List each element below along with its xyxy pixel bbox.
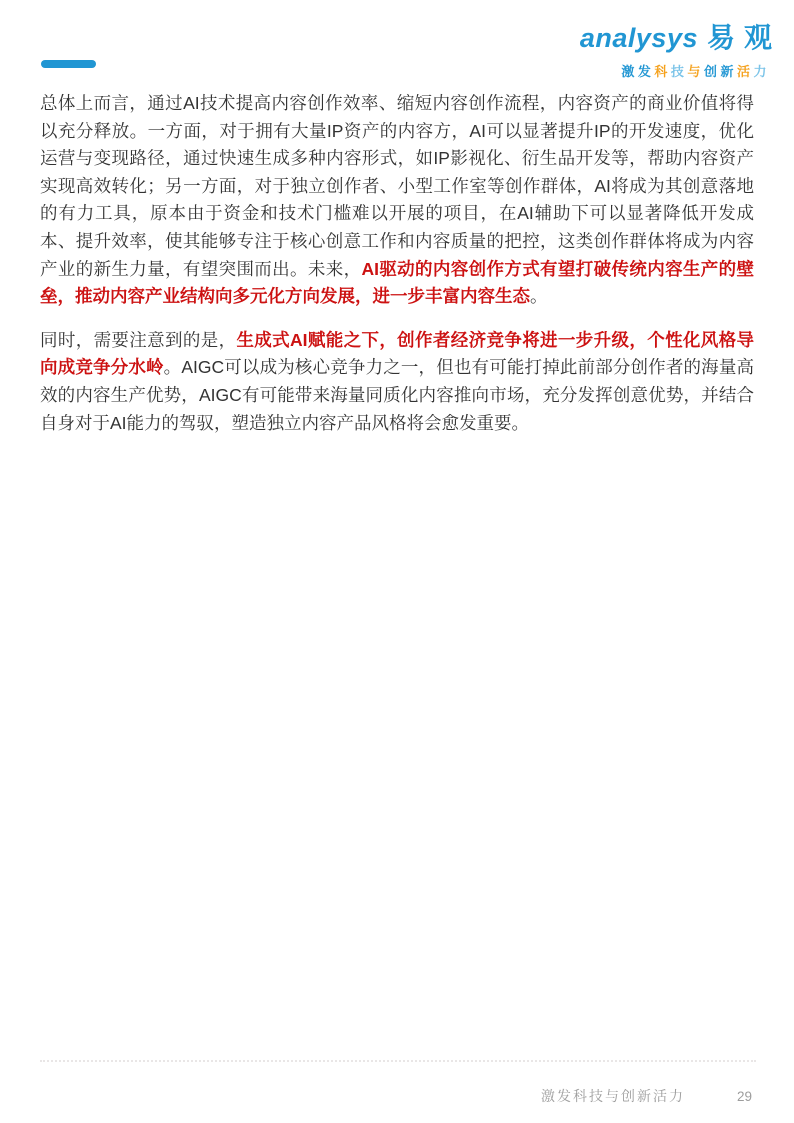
analysys-cn-name: 易观: [707, 16, 781, 56]
paragraph-text: 同时，需要注意到的是，: [40, 330, 236, 350]
footer-divider: [40, 1060, 756, 1062]
footer: 激发科技与创新活力 29: [541, 1086, 752, 1106]
tagline-char: 技: [671, 64, 688, 79]
page-number: 29: [737, 1089, 752, 1104]
logo-row: analysys 易观: [580, 16, 772, 56]
footer-tagline: 激发科技与创新活力: [541, 1086, 685, 1106]
body-text: 总体上而言，通过AI技术提高内容创作效率、缩短内容创作流程，内容资产的商业价值将…: [40, 90, 754, 453]
analysys-wordmark: analysys: [580, 23, 698, 54]
analysys-logo: analysys 易观 激发科技与创新活力: [580, 16, 772, 80]
tagline-char: 与: [687, 64, 704, 79]
paragraph-text: 总体上而言，通过AI技术提高内容创作效率、缩短内容创作流程，内容资产的商业价值将…: [40, 93, 754, 279]
document-page: analysys 易观 激发科技与创新活力 总体上而言，通过AI技术提高内容创作…: [0, 0, 794, 1123]
tagline-char: 激: [621, 64, 638, 79]
paragraph-text: 。: [530, 286, 548, 306]
tagline-char: 创: [704, 64, 721, 79]
tagline-char: 科: [654, 64, 671, 79]
logo-tagline: 激发科技与创新活力: [580, 61, 770, 80]
accent-dash: [41, 60, 96, 68]
body-paragraph: 同时，需要注意到的是，生成式AI赋能之下，创作者经济竞争将进一步升级，个性化风格…: [40, 327, 754, 437]
tagline-char: 发: [638, 64, 655, 79]
body-paragraph: 总体上而言，通过AI技术提高内容创作效率、缩短内容创作流程，内容资产的商业价值将…: [40, 90, 754, 311]
tagline-char: 活: [737, 64, 754, 79]
tagline-char: 力: [753, 64, 770, 79]
tagline-char: 新: [720, 64, 737, 79]
